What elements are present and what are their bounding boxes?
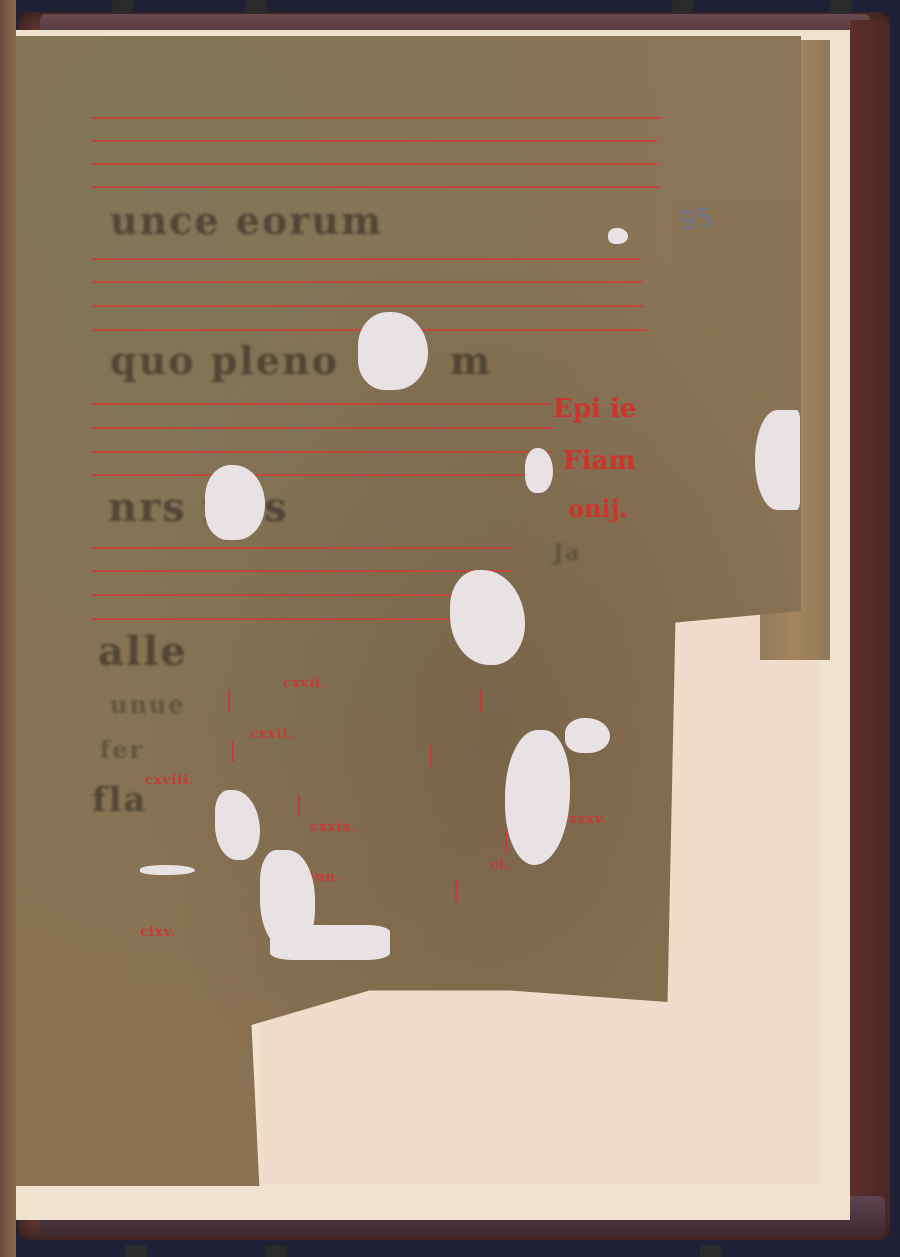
staff-line [92, 570, 512, 572]
rubric-tick [455, 880, 457, 902]
staff-line [92, 403, 552, 405]
parchment-hole [755, 410, 800, 510]
staff-line [92, 186, 660, 188]
rubric-tick [298, 795, 300, 817]
clasp-icon [112, 0, 134, 14]
parchment-crack [140, 865, 195, 875]
staff-line [92, 281, 642, 283]
rubric-text: Epi ie [553, 394, 636, 424]
staff-line [92, 163, 657, 165]
faded-text-line: fer [100, 735, 144, 764]
facing-page-edge [0, 0, 16, 1257]
clasp-icon [672, 0, 694, 14]
faded-initial: Ja [553, 540, 582, 566]
folio-number: 95 [678, 203, 715, 237]
staff-line [92, 451, 552, 453]
staff-line [92, 140, 657, 142]
binding-right-edge [850, 20, 890, 1230]
clasp-icon [265, 1245, 287, 1257]
rubric-tick [232, 740, 234, 762]
clasp-icon [125, 1245, 147, 1257]
rubric-tick [480, 690, 482, 712]
parchment-hole [565, 718, 610, 753]
faded-text-line: m [450, 338, 492, 383]
staff-line [92, 618, 492, 620]
staff-line [92, 427, 554, 429]
faded-text-line: alle [98, 628, 188, 675]
staff-line [92, 474, 532, 476]
faded-text-line: unce eorum [110, 198, 383, 243]
clasp-icon [245, 0, 267, 14]
faded-text-line: unue [110, 690, 186, 719]
parchment-hole [358, 312, 428, 390]
parchment-hole [525, 448, 553, 493]
staff-line [92, 594, 512, 596]
parchment-hole [205, 465, 265, 540]
staff-line [92, 547, 512, 549]
parchment-hole [270, 925, 390, 960]
numeral-annotation: cxxii. [250, 727, 294, 742]
numeral-annotation: cxxix. [310, 820, 357, 835]
clasp-icon [700, 1245, 722, 1257]
rubric-text: onij. [568, 494, 628, 523]
rubric-tick [505, 830, 507, 852]
numeral-annotation: clxv. [140, 925, 176, 940]
numeral-annotation: cxvii. [283, 676, 327, 691]
rubric-tick [228, 690, 230, 712]
faded-text-line: quo pleno [110, 338, 339, 383]
staff-line [92, 305, 644, 307]
rubric-text: Fiam [563, 446, 636, 476]
numeral-annotation: cxviii. [145, 773, 195, 788]
clasp-icon [830, 0, 852, 14]
parchment-hole [608, 228, 628, 244]
numeral-annotation: cl. [490, 858, 510, 873]
staff-line [92, 258, 640, 260]
rubric-tick [430, 745, 432, 767]
staff-line [92, 117, 662, 119]
faded-text-line: fla [92, 780, 148, 820]
